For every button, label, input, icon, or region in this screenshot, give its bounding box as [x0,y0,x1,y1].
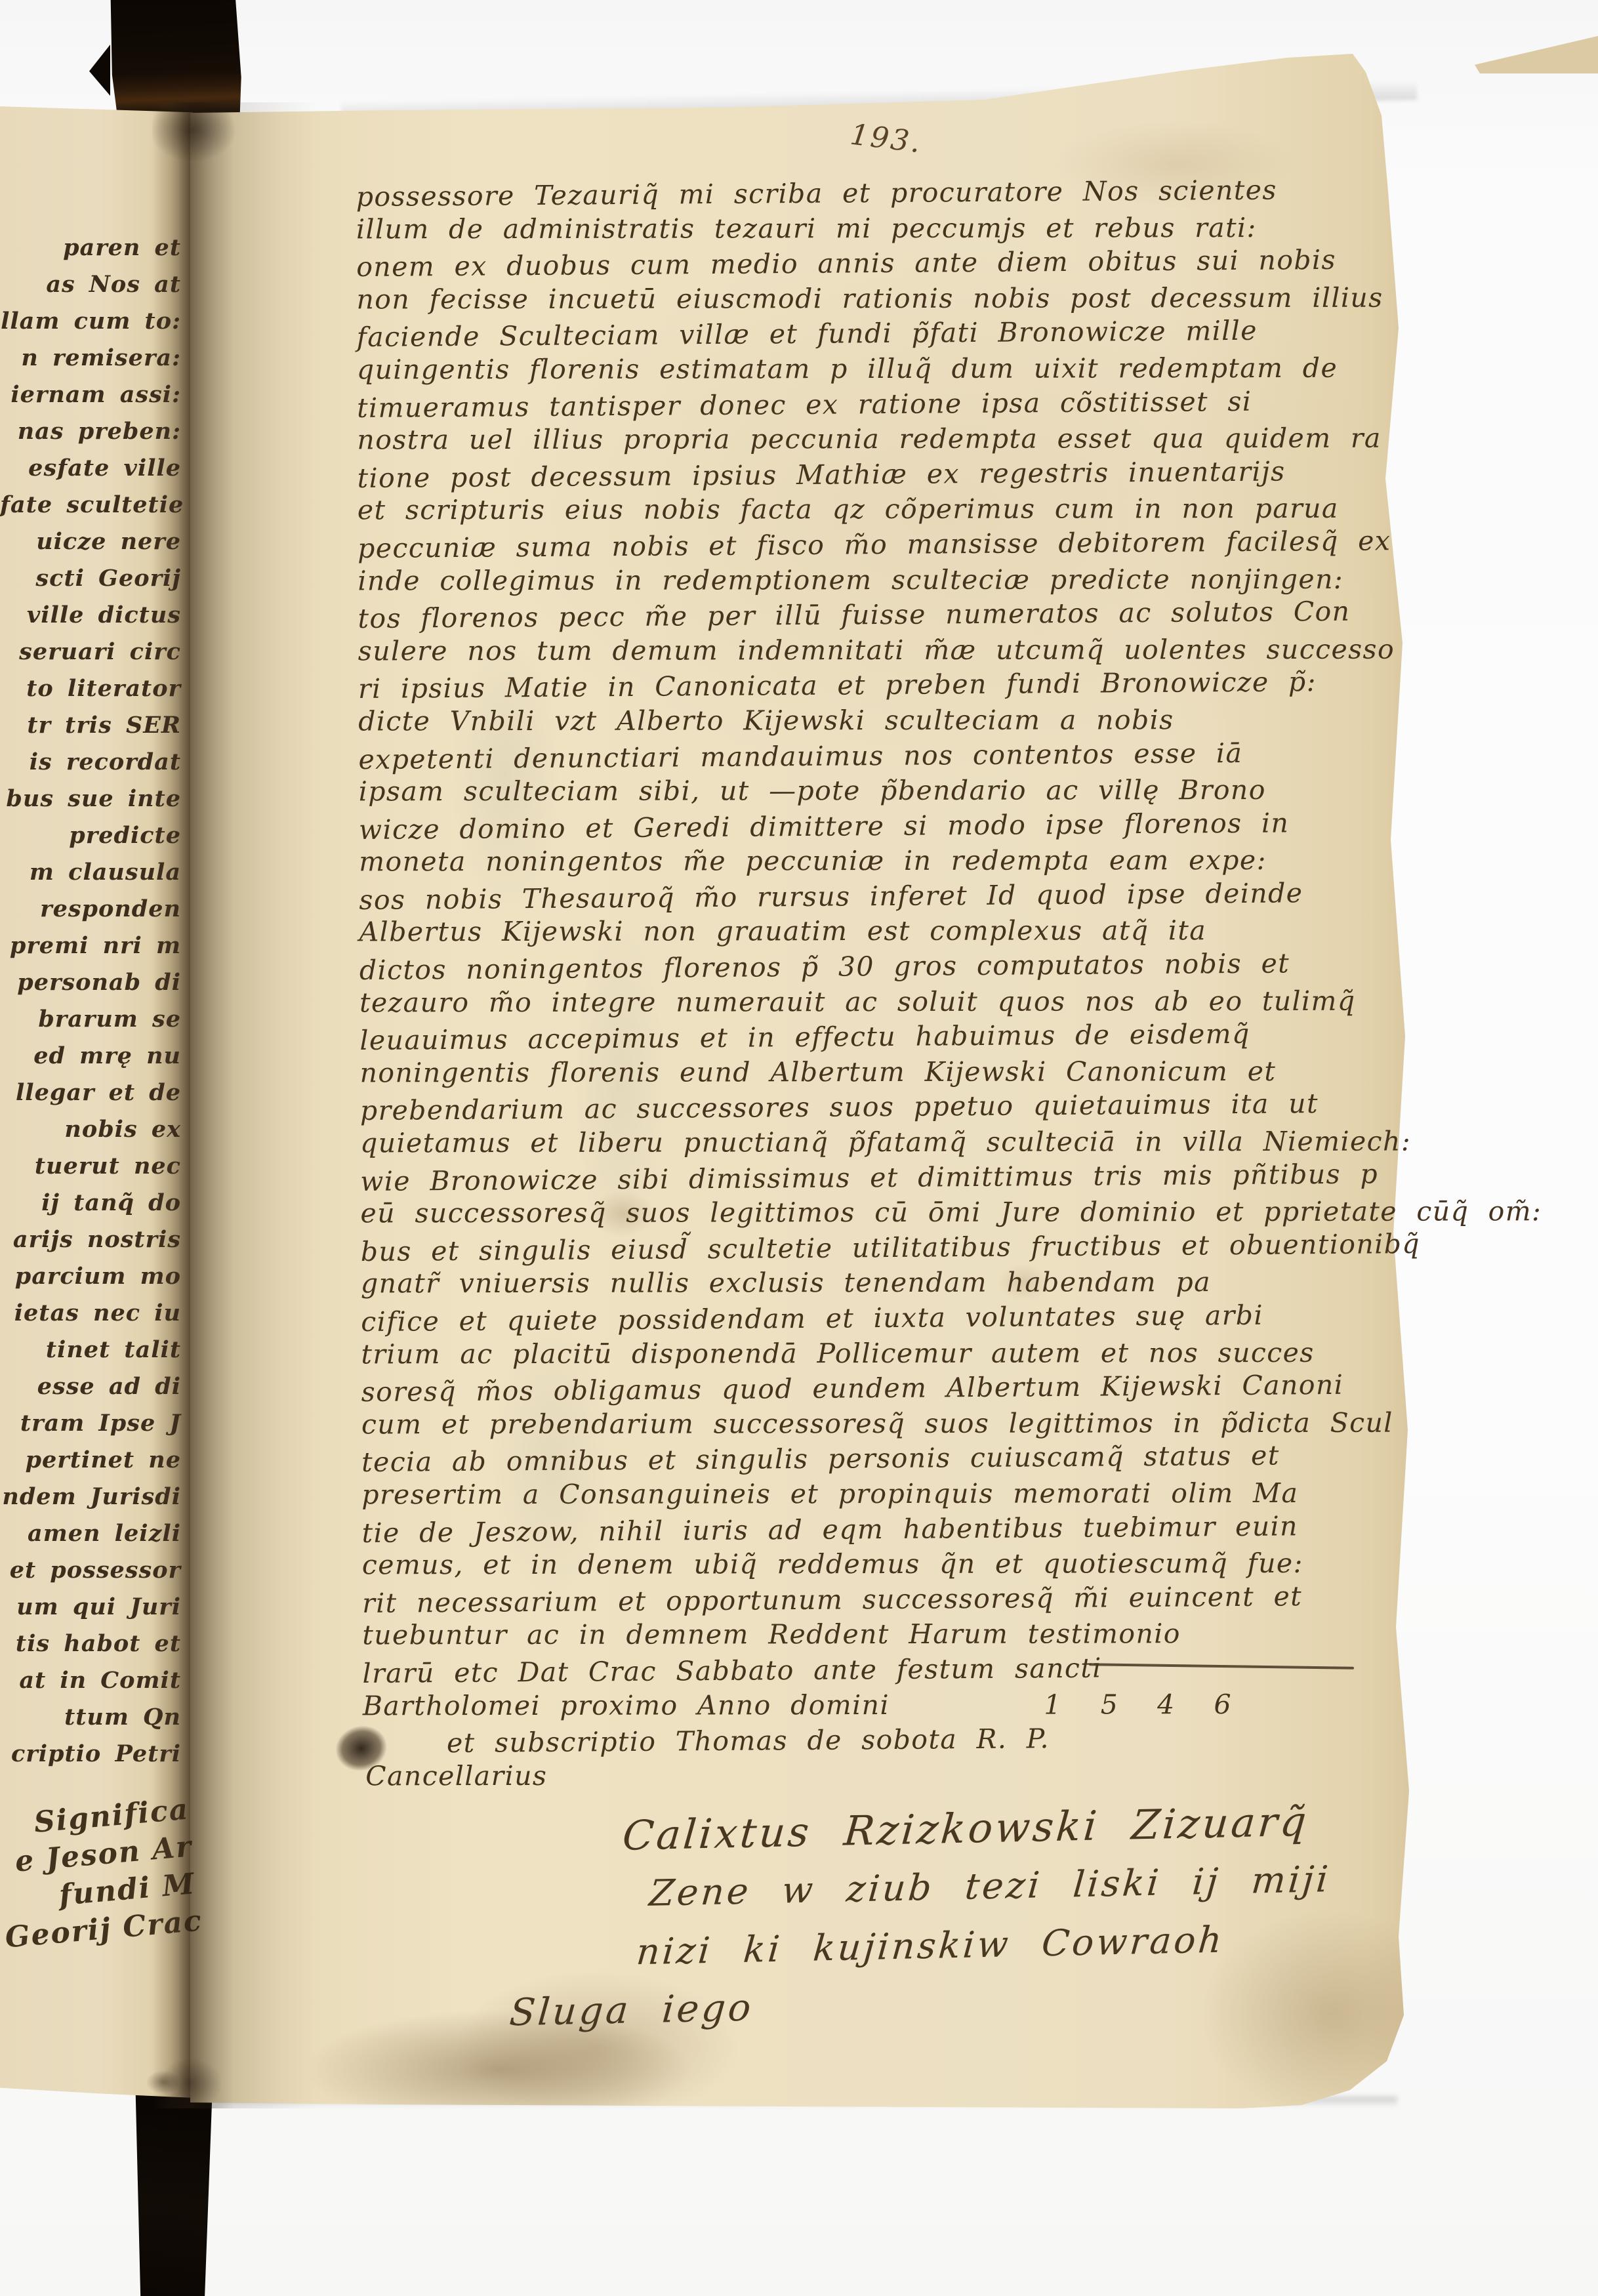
gutter-smudge [140,2066,186,2098]
bookmark-ribbon-fold-tip [89,45,110,96]
marginal-fragment: to literator [0,670,181,707]
marginal-fragment: at in Comit [0,1662,181,1699]
later-hand-signature-block: Calixtus Rzizkowski Zizuarq̃Zene w ziub … [507,1789,1471,2043]
marginal-fragment: esfate ville [0,450,181,487]
marginal-fragment: tr tris SER [0,707,181,744]
marginal-fragment: uicze nere [0,523,181,560]
marginal-fragment: ij tanq̃ do [0,1185,181,1221]
marginal-fragment: paren et [0,230,181,266]
manuscript-line: tie de Jeszow, nihil iuris ad eqm habent… [361,1508,1418,1551]
manuscript-line: sulere nos tum demum indemnitati m̃æ utc… [358,632,1414,668]
manuscript-line: Albertus Kijewski non grauatim est compl… [359,913,1416,950]
marginal-fragment: um qui Juri [0,1589,181,1626]
manuscript-line: rit necessarium et opportunum successore… [362,1578,1418,1622]
scan-surface: 193. possessore Tezauriq̃ mi scriba et p… [0,0,1598,2296]
marginal-fragment: nas preben: [0,413,181,450]
underlying-page-corner [1475,34,1598,73]
manuscript-line: onem ex duobus cum medio annis ante diem… [356,242,1412,285]
marginal-fragment: scti Georij [0,560,181,597]
manuscript-line: timueramus tantisper donec ex ratione ip… [357,383,1413,426]
manuscript-line: inde collegimus in redemptionem sculteci… [358,562,1414,598]
marginal-fragment: ville dictus [0,597,181,634]
manuscript-line: bus et singulis eiusd̃ scultetie utilita… [361,1227,1417,1270]
manuscript-line: dictos noningentos florenos p̃ 30 gros c… [359,945,1416,989]
manuscript-line: gnatr̃ vniuersis nullis exclusis tenenda… [361,1265,1417,1302]
manuscript-text-block: possessore Tezauriq̃ mi scriba et procur… [356,173,1420,1795]
manuscript-line: tecia ab omnibus et singulis personis cu… [361,1437,1418,1481]
manuscript-line: leuauimus accepimus et in effectu habuim… [359,1015,1416,1059]
manuscript-line: tos florenos pecc m̃e per illū fuisse n… [358,594,1414,637]
left-page-text-fragments: paren etas Nos atllam cum to:n remisera:… [0,230,185,1773]
manuscript-line: cemus, et in denem ubiq̃ reddemus q̃n et… [362,1546,1418,1583]
manuscript-line: lrarū etc Dat Crac Sabbato ante festum … [362,1649,1418,1692]
marginal-fragment: premi nri m [0,928,181,964]
marginal-fragment: nobis ex [0,1111,181,1148]
marginal-fragment: amen leizli [0,1515,181,1552]
manuscript-line: wicze domino et Geredi dimittere si modo… [359,805,1415,848]
marginal-fragment: ttum Qn [0,1699,181,1736]
manuscript-line: tezauro m̃o integre numerauit ac soluit … [359,983,1416,1020]
manuscript-line: cum et prebendarium successoresq̃ suos l… [361,1405,1418,1442]
marginal-fragment: et possessor [0,1552,181,1589]
manuscript-line: non fecisse incuetū eiuscmodi rationis … [356,280,1412,317]
marginal-fragment: as Nos at [0,266,181,303]
manuscript-line: presertim a Consanguineis et propinquis … [361,1476,1418,1513]
manuscript-line: eū successoresq̃ suos legittimos cū ō… [360,1195,1416,1231]
bookmark-ribbon-top [104,0,244,121]
marginal-fragment: personab di [0,964,181,1001]
marginal-fragment: ietas nec iu [0,1295,181,1332]
marginal-fragment: tuerut nec [0,1148,181,1185]
manuscript-line: Bartholomei proximo Anno domini 1 5 4 6 [363,1687,1419,1723]
marginal-fragment: esse ad di [0,1368,181,1405]
manuscript-line: dicte Vnbili vzt Alberto Kijewski sculte… [358,703,1414,739]
marginal-fragment: pertinet ne [0,1442,181,1479]
manuscript-line: ri ipsius Matie in Canonicata et preben … [358,664,1414,707]
manuscript-line: et subscriptio Thomas de sobota R. P. [363,1719,1419,1762]
manuscript-line: quingentis florenis estimatam p illuq̃ d… [357,351,1413,388]
manuscript-line: possessore Tezauriq̃ mi scriba et procur… [356,172,1412,215]
marginal-fragment: seruari circ [0,634,181,670]
manuscript-line: sos nobis Thesauroq̃ m̃o rursus inferet … [359,875,1415,918]
manuscript-line: noningentis florenis eund Albertum Kijew… [360,1054,1416,1090]
manuscript-line: peccuniæ suma nobis et fisco m̃o mansiss… [358,523,1414,567]
manuscript-line: quietamus et liberu pnuctianq̃ p̃fatamq̃… [360,1124,1416,1161]
manuscript-line: moneta noningentos m̃e peccuniæ in redem… [359,843,1415,880]
marginal-fragment: iernam assi: [0,377,181,413]
manuscript-line: expetenti denunctiari mandauimus nos con… [358,734,1414,777]
marginal-fragment: parcium mo [0,1258,181,1295]
marginal-fragment: llam cum to: [0,303,181,340]
marginal-fragment: predicte [0,817,181,854]
manuscript-line: trium ac placitū disponendā Pollicemur… [361,1335,1417,1372]
marginal-fragment: m clausula [0,854,181,891]
marginal-fragment: responden [0,891,181,928]
manuscript-line: faciende Sculteciam villæ et fundi p̃fat… [356,312,1412,356]
marginal-fragment: fate scultetie [0,487,181,523]
marginal-fragment: tis habot et [0,1626,181,1662]
manuscript-line: illum de administratis tezauri mi peccum… [356,210,1412,247]
bookmark-ribbon-bottom [133,2094,215,2296]
marginal-fragment: n remisera: [0,340,181,377]
marginal-fragment: ed mrę nu [0,1038,181,1075]
manuscript-line: et scripturis eius nobis facta qz cõper… [358,491,1414,528]
marginal-fragment: ndem Jurisdi [0,1479,181,1515]
marginal-fragment: tinet talit [0,1332,181,1368]
manuscript-line: Cancellarius [363,1757,1419,1794]
marginal-fragment: tram Ipse J [0,1405,181,1442]
manuscript-line: nostra uel illius propria peccunia redem… [357,421,1413,458]
marginal-fragment: brarum se [0,1001,181,1038]
manuscript-line: soresq̃ m̃os obligamus quod eundem Alber… [361,1367,1418,1410]
manuscript-line: tuebuntur ac in demnem Reddent Harum tes… [362,1616,1418,1653]
marginal-fragment: bus sue inte [0,781,181,817]
manuscript-line: wie Bronowicze sibi dimissimus et dimitt… [360,1157,1416,1200]
left-page-bottom-note: Significae Jeson Arfundi MGeorij Crac [0,1791,200,1957]
marginal-fragment: llegar et de [0,1075,181,1111]
manuscript-line: ipsam sculteciam sibi, ut —pote p̃bendar… [359,773,1415,810]
manuscript-line: cifice et quiete possidendam et iuxta vo… [361,1297,1417,1340]
marginal-fragment: is recordat [0,744,181,781]
manuscript-line: tione post decessum ipsius Mathiæ ex reg… [357,453,1413,497]
marginal-fragment: arijs nostris [0,1221,181,1258]
manuscript-line: prebendarium ac successores suos ppetuo … [360,1086,1416,1129]
marginal-fragment: criptio Petri [0,1736,181,1773]
